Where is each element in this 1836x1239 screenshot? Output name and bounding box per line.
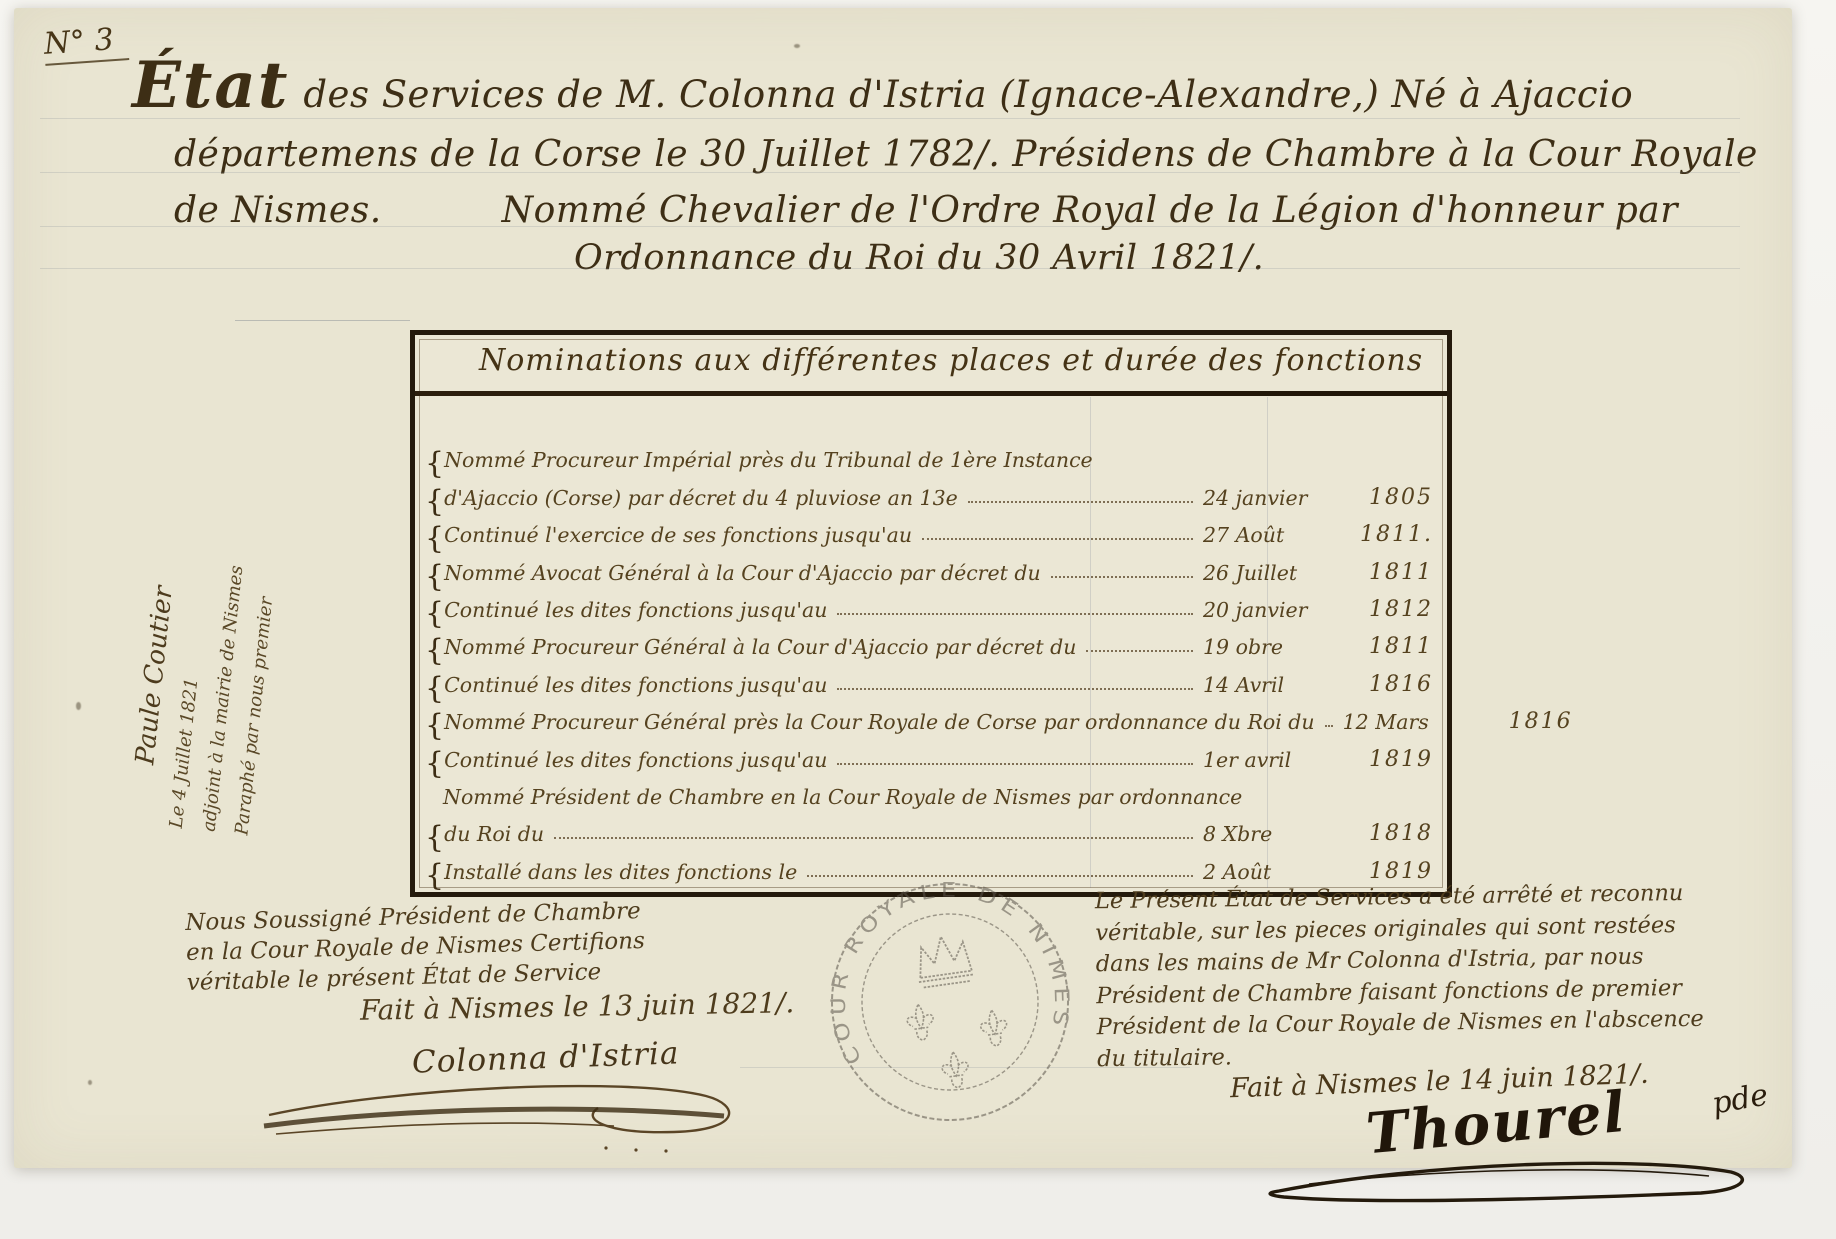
table-row: {Nommé Procureur Général près la Cour Ro… — [425, 697, 1435, 734]
row-text: Nommé Procureur Impérial près du Tribuna… — [444, 448, 1093, 472]
document-paper: N° 3 Étatdes Services de M. Colonna d'Is… — [14, 8, 1792, 1168]
title-line-3b: Nommé Chevalier de l'Ordre Royal de la L… — [502, 190, 1678, 231]
row-date: 8 Xbre — [1203, 822, 1353, 846]
dotted-leader — [837, 688, 1193, 690]
row-date: 24 janvier — [1203, 486, 1353, 510]
row-text: Nommé Avocat Général à la Cour d'Ajaccio… — [444, 561, 1041, 585]
row-brace: { — [425, 716, 444, 736]
title-line-4: Ordonnance du Roi du 30 Avril 1821/. — [574, 238, 1264, 278]
row-brace: { — [425, 567, 444, 587]
stamp-inner-ring — [851, 903, 1050, 1102]
row-text: Continué les dites fonctions jusqu'au — [444, 598, 827, 622]
thourel-flourish — [1249, 1146, 1769, 1226]
nominations-table: Nominations aux différentes places et du… — [410, 330, 1452, 897]
row-brace: { — [425, 754, 444, 774]
row-text: Nommé Procureur Général près la Cour Roy… — [444, 710, 1315, 734]
ink-speck — [76, 702, 81, 710]
row-year: 1819 — [1353, 859, 1435, 884]
title-line-3a: de Nismes. — [174, 190, 382, 231]
crown-icon — [913, 933, 975, 988]
ruled-line — [235, 320, 410, 321]
signature-suffix: pde — [1709, 1077, 1770, 1121]
dotted-leader — [837, 763, 1193, 765]
row-text: Installé dans les dites fonctions le — [444, 860, 797, 884]
row-year: 1812 — [1353, 597, 1435, 622]
row-year: 1811 — [1353, 634, 1435, 659]
row-year: 1816 — [1353, 672, 1435, 697]
table-row: {Nommé Procureur Général à la Cour d'Aja… — [425, 622, 1435, 659]
title-line-2: départemens de la Corse le 30 Juillet 17… — [174, 134, 1758, 175]
ruled-line — [40, 172, 1740, 173]
title-initial-word: État — [132, 48, 289, 123]
table-row: {Continué l'exercice de ses fonctions ju… — [425, 510, 1435, 547]
row-date: 2 Août — [1203, 860, 1353, 884]
row-text: Nommé Président de Chambre en la Cour Ro… — [443, 785, 1242, 809]
table-row: {du Roi du8 Xbre1818 — [425, 809, 1435, 846]
row-brace: { — [425, 641, 444, 661]
document-photo: N° 3 Étatdes Services de M. Colonna d'Is… — [0, 0, 1836, 1239]
dotted-leader — [554, 837, 1193, 839]
row-text: Continué les dites fonctions jusqu'au — [444, 673, 827, 697]
row-brace: { — [425, 604, 444, 624]
row-brace: { — [425, 454, 444, 474]
title-line-3: de Nismes. Nommé Chevalier de l'Ordre Ro… — [174, 190, 1678, 231]
colonna-signature: Colonna d'Istria — [411, 1035, 680, 1080]
row-text: Continué l'exercice de ses fonctions jus… — [444, 523, 912, 547]
row-brace: { — [425, 828, 444, 848]
table-row: {d'Ajaccio (Corse) par décret du 4 pluvi… — [425, 472, 1435, 509]
dotted-leader — [1086, 650, 1193, 652]
ruled-line — [40, 118, 1740, 119]
table-header: Nominations aux différentes places et du… — [479, 343, 1423, 378]
row-date: 1er avril — [1203, 748, 1353, 772]
table-header-rule — [415, 391, 1447, 396]
fleur-de-lis-icon — [940, 1050, 971, 1089]
fleur-de-lis-icon — [979, 1008, 1010, 1047]
royal-stamp: COUR ROYALE DE NIMES — [820, 872, 1080, 1132]
row-year: 1819 — [1353, 747, 1435, 772]
table-rows: {Nommé Procureur Impérial près du Tribun… — [425, 435, 1435, 884]
row-text: du Roi du — [444, 822, 544, 846]
stamp-outer-ring — [820, 872, 1080, 1132]
title-line-1: Étatdes Services de M. Colonna d'Istria … — [132, 48, 1633, 123]
table-row: {Continué les dites fonctions jusqu'au14… — [425, 659, 1435, 696]
row-date: 14 Avril — [1203, 673, 1353, 697]
ruled-line — [40, 268, 1740, 269]
ruled-line — [40, 226, 1740, 227]
svg-text:COUR ROYALE DE NIMES: COUR ROYALE DE NIMES — [820, 872, 1080, 1070]
margin-note: Paraphé par nous premieradjoint à la mai… — [118, 372, 305, 836]
title-line-1-text: des Services de M. Colonna d'Istria (Ign… — [303, 73, 1633, 116]
table-row: {Nommé Avocat Général à la Cour d'Ajacci… — [425, 547, 1435, 584]
dotted-leader — [1051, 576, 1193, 578]
row-date: 12 Mars — [1343, 710, 1493, 734]
row-year: 1816 — [1493, 709, 1575, 734]
fleur-de-lis-icon — [905, 1003, 936, 1042]
left-attestation: Nous Soussigné Président de Chambreen la… — [185, 896, 646, 998]
row-year: 1811. — [1353, 522, 1435, 547]
stamp-ring-text: COUR ROYALE DE NIMES — [820, 872, 1080, 1070]
row-brace: { — [425, 679, 444, 699]
left-attestation-date: Fait à Nismes le 13 juin 1821/. — [360, 986, 795, 1027]
dotted-leader — [922, 538, 1193, 540]
row-year: 1805 — [1353, 485, 1435, 510]
dotted-leader — [1325, 725, 1333, 727]
row-date: 20 janvier — [1203, 598, 1353, 622]
dotted-leader — [837, 613, 1193, 615]
dotted-leader — [968, 501, 1193, 503]
row-brace: { — [425, 492, 444, 512]
row-text: Continué les dites fonctions jusqu'au — [444, 748, 827, 772]
table-row: {Nommé Procureur Impérial près du Tribun… — [425, 435, 1435, 472]
row-date: 19 obre — [1203, 635, 1353, 659]
row-text: d'Ajaccio (Corse) par décret du 4 pluvio… — [444, 486, 958, 510]
row-brace: { — [425, 866, 444, 886]
row-year: 1811 — [1353, 560, 1435, 585]
row-brace: { — [425, 529, 444, 549]
table-row: Nommé Président de Chambre en la Cour Ro… — [425, 772, 1435, 809]
ink-speck — [88, 1080, 92, 1085]
row-year: 1818 — [1353, 821, 1435, 846]
ink-speck — [794, 44, 800, 48]
row-text: Nommé Procureur Général à la Cour d'Ajac… — [444, 635, 1076, 659]
row-date: 26 Juillet — [1203, 561, 1353, 585]
doc-number: N° 3 — [43, 21, 129, 66]
table-row: {Continué les dites fonctions jusqu'au1e… — [425, 734, 1435, 771]
row-date: 27 Août — [1203, 523, 1353, 547]
table-row: {Continué les dites fonctions jusqu'au20… — [425, 585, 1435, 622]
right-attestation: Le Présent État de Services a été arrêté… — [1095, 878, 1705, 1075]
